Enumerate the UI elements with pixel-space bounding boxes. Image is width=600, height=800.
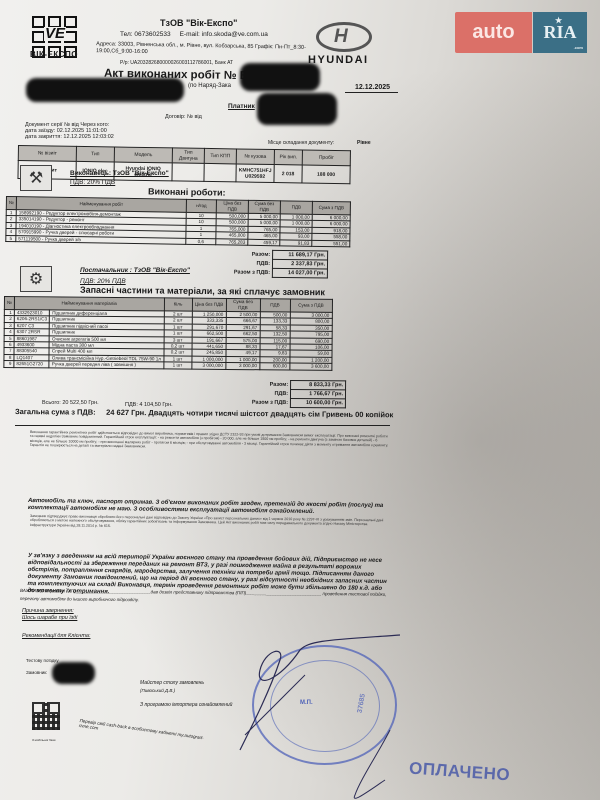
brand-name: HYUNDAI bbox=[308, 54, 369, 66]
logo-text: ВІК-ЕКСПО bbox=[30, 50, 78, 59]
grand-total-value: 24 627 Грн. Двадцять чотири тисячі шістс… bbox=[106, 408, 393, 420]
parts-header: Сума з ПДВ bbox=[290, 299, 332, 312]
cashback-note: Перевір свій cash-back в особистому кабі… bbox=[79, 718, 209, 746]
signature-icon bbox=[210, 630, 410, 800]
orderer-label: Замовник: bbox=[26, 670, 47, 675]
watermark-ria: ★ RIA .com bbox=[533, 12, 587, 53]
redaction-orderer bbox=[52, 662, 95, 684]
works-cell: 459,17 bbox=[248, 239, 280, 246]
location-label: Місце складання документу: bbox=[268, 140, 334, 146]
phone: Тел: 0673602533 bbox=[120, 31, 171, 38]
vehicle-cell: 188 000 bbox=[302, 165, 350, 184]
works-cell: 551,00 bbox=[312, 240, 350, 247]
supplier: Постачальник : ТзОВ "Вік-Експо" bbox=[80, 267, 190, 274]
company-contact: Тел: 0673602533 E-mail: info.skoda@ve.co… bbox=[120, 31, 268, 38]
works-header: Ціна без ПДВ bbox=[216, 200, 248, 214]
divider bbox=[15, 425, 390, 426]
parts-totals: Разом:8 833,33 Грн.ПДВ:1 766,67 Грн.Разо… bbox=[250, 380, 346, 409]
qr-code-icon bbox=[32, 702, 60, 730]
reason-value: Шось шарабе при їзді bbox=[22, 615, 77, 621]
total-value: 8 833,33 Грн. bbox=[291, 380, 346, 389]
works-cell: 5 bbox=[6, 235, 16, 242]
parts-header: Кіль bbox=[164, 298, 192, 311]
parts-header: Ціна без ПДВ bbox=[192, 298, 226, 311]
parts-cell: 600,00 bbox=[259, 363, 289, 370]
contract-line: Договір: № від bbox=[165, 114, 202, 120]
total-label: Разом: bbox=[232, 250, 273, 259]
bank-account: Р/р: UA203282680000026003112786001, Банк… bbox=[120, 60, 233, 66]
parts-cell: 3 600,00 bbox=[289, 363, 331, 370]
redaction-payer bbox=[257, 93, 337, 125]
works-cell: 91,83 bbox=[280, 239, 312, 246]
total-label: ПДВ: bbox=[232, 259, 273, 268]
order-reference: (по Наряд-Зака bbox=[188, 83, 231, 89]
master-name: (Пивоський Д.В.) bbox=[140, 688, 180, 693]
hyundai-logo-icon: H bbox=[316, 22, 372, 52]
reason-label: Причина звернення: bbox=[22, 608, 74, 614]
test-drive-consent: ВАЖЛИВО! Я (клієнт ПІП)_________________… bbox=[20, 587, 390, 607]
vehicle-row: ТранзитIONIQ elecHyundai IONIQ electricK… bbox=[18, 161, 350, 184]
vehicle-table: № візиітТипМодельТип ДвигунаТип КПП№ куз… bbox=[17, 145, 350, 184]
parts-cell: 9 bbox=[4, 361, 14, 367]
close-date: дата закриття: 12.12.2025 12:03:02 bbox=[25, 134, 114, 140]
works-cell: 0,6 bbox=[186, 238, 216, 245]
parts-cell: 3 000,000 bbox=[191, 362, 225, 369]
parts-header: ПДВ bbox=[260, 299, 290, 312]
parts-table: №Найменування матеріалівКільЦіна без ПДВ… bbox=[3, 296, 332, 371]
company-name: ТзОВ "Вік-Експо" bbox=[160, 18, 237, 28]
grand-total-label: Загальна сума з ПДВ: bbox=[15, 407, 96, 417]
vehicle-header: Тип bbox=[76, 146, 114, 162]
vehicle-cell bbox=[172, 163, 204, 182]
total-label: Разом з ПДВ: bbox=[232, 268, 273, 277]
parts-header: Сума без ПДВ bbox=[226, 298, 260, 311]
works-cell: 571119500 - Ручка дверей з/в bbox=[16, 235, 186, 244]
data-processing-terms: Замовник підтверджує право виконавця обр… bbox=[30, 514, 390, 532]
total-value: 14 027,00 Грн. bbox=[272, 268, 327, 278]
parts-title: Запасні частини та матеріали, за які спл… bbox=[80, 285, 325, 298]
executor: Виконавець: ТзОВ "Вік-Експо" bbox=[70, 170, 169, 177]
parts-cell: 6206-2RS1/C3 bbox=[14, 316, 49, 323]
star-icon: ★ bbox=[555, 16, 562, 25]
vehicle-cell: KMHC751HFJ U029592 bbox=[236, 164, 274, 183]
vehicle-header: № кузова bbox=[236, 149, 274, 165]
vehicle-header: № візиіт bbox=[18, 146, 76, 162]
total-label: ПДВ: bbox=[250, 389, 291, 398]
vehicle-header: Пробіг bbox=[302, 150, 350, 166]
recommendations-label: Рекомендації для Клієнта: bbox=[22, 633, 90, 639]
grand-total: Загальна сума з ПДВ: 24 627 Грн. Двадцят… bbox=[15, 407, 393, 419]
vehicle-header: Тип Двигуна bbox=[172, 148, 204, 164]
redaction-act-number bbox=[240, 63, 320, 91]
paid-stamp: ОПЛАЧЕНО bbox=[408, 758, 510, 785]
test-drive-label: Тестову поїздку bbox=[26, 658, 59, 663]
works-vat: ПДВ: 20% ПДВ bbox=[70, 179, 115, 186]
location-value: Рівне bbox=[357, 140, 371, 146]
parts-icon: ⚙ bbox=[20, 266, 52, 292]
company-address: Адреса: 33003, Рівненська обл., м. Рівне… bbox=[96, 41, 311, 59]
works-header: ПДВ bbox=[280, 201, 312, 215]
vehicle-header: Модель bbox=[114, 147, 172, 163]
total-label: Разом з ПДВ: bbox=[250, 398, 291, 407]
total-value: 10 600,00 Грн. bbox=[291, 398, 346, 407]
total-row: Разом з ПДВ:10 600,00 Грн. bbox=[250, 398, 346, 408]
email: E-mail: info.skoda@ve.com.ua bbox=[180, 31, 268, 38]
vehicle-cell bbox=[204, 163, 236, 182]
parts-cell: 3 000,00 bbox=[225, 363, 259, 370]
vehicle-header: Тип КПП bbox=[204, 148, 236, 164]
vehicle-header: Рік вип. bbox=[274, 150, 302, 165]
wrench-icon: ⚒ bbox=[20, 165, 52, 191]
works-totals: Разом:11 689,17 Грн.ПДВ:2 337,83 Грн.Раз… bbox=[232, 249, 328, 278]
payer-label: Платник bbox=[228, 103, 255, 110]
works-header: н/год bbox=[186, 199, 216, 212]
warranty-terms: Виконання гарантійних ремонтних робіт зд… bbox=[30, 430, 390, 452]
works-table: №Найменування робітн/годЦіна без ПДВСума… bbox=[5, 196, 351, 247]
total-label: Разом: bbox=[250, 380, 291, 389]
document-date: 12.12.2025 bbox=[345, 84, 398, 93]
watermark-auto: auto bbox=[455, 12, 532, 53]
parts-cell: 1 шт bbox=[163, 362, 191, 369]
vehicle-cell: 2 018 bbox=[274, 165, 302, 183]
parts-header: Найменування матеріалів bbox=[14, 297, 164, 311]
total-value: 1 766,67 Грн. bbox=[291, 389, 346, 398]
works-cell: 765,283 bbox=[216, 238, 248, 245]
redaction-customer bbox=[26, 78, 184, 102]
qr-caption: З мобільної бази bbox=[32, 738, 55, 742]
parts-header: № bbox=[4, 297, 14, 310]
total-without-vat: Всього: 20 522,50 Грн. bbox=[42, 400, 99, 406]
works-header: № bbox=[6, 197, 16, 210]
parts-cell: 82651G2720 bbox=[14, 361, 49, 368]
logo-mark: VE bbox=[44, 27, 66, 41]
total-row: Разом з ПДВ:14 027,00 Грн. bbox=[232, 268, 328, 278]
works-title: Виконані роботи: bbox=[148, 186, 226, 197]
master-label: Майстер столу замовлень bbox=[140, 680, 204, 686]
works-header: Сума з ПДВ bbox=[312, 201, 350, 215]
parts-cell: Ручка дверей передня ліва ( зовнішня ) bbox=[49, 361, 163, 368]
works-header: Сума без ПДВ bbox=[248, 200, 280, 214]
